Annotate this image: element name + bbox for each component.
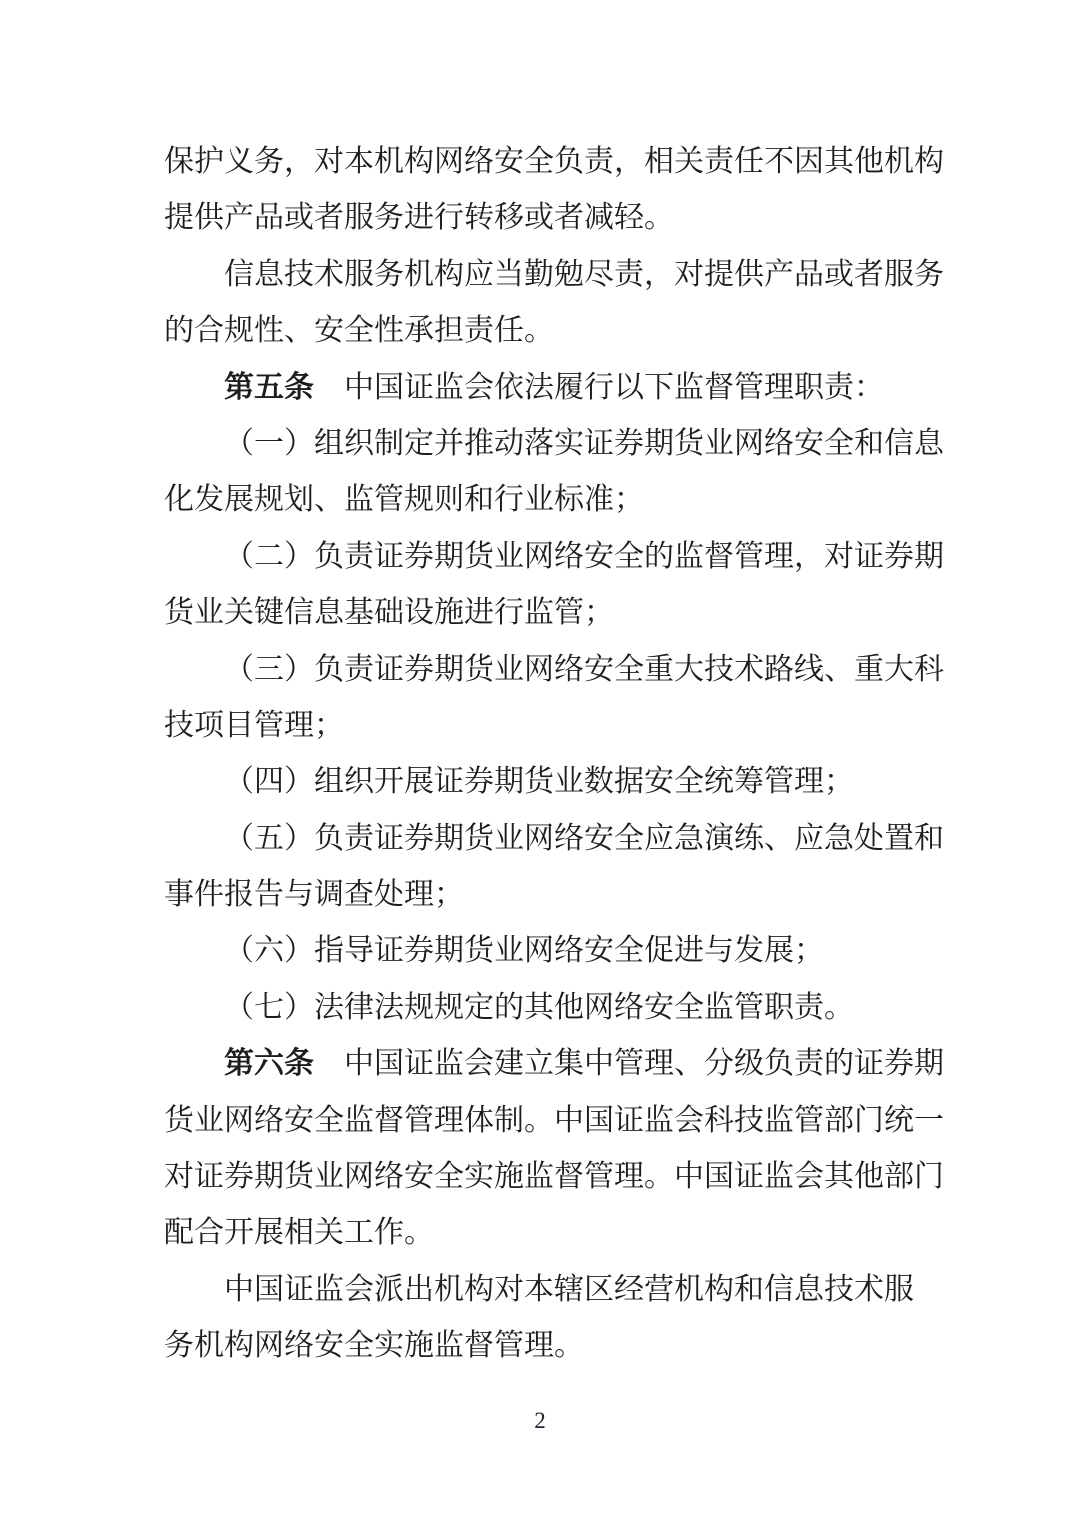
line-text: （三）负责证券期货业网络安全重大技术路线、重大科 — [224, 653, 944, 686]
document-page: 保护义务，对本机构网络安全负责，相关责任不因其他机构提供产品或者服务进行转移或者… — [0, 0, 1080, 1527]
document-line: （七）法律法规规定的其他网络安全监管职责。 — [164, 980, 948, 1036]
document-line: 中国证监会派出机构对本辖区经营机构和信息技术服 — [164, 1262, 948, 1318]
line-text: 中国证监会建立集中管理、分级负责的证券期 — [314, 1047, 944, 1080]
document-line: （二）负责证券期货业网络安全的监督管理，对证券期 — [164, 529, 948, 585]
document-line: 提供产品或者服务进行转移或者减轻。 — [164, 190, 948, 246]
document-line: （六）指导证券期货业网络安全促进与发展； — [164, 923, 948, 979]
line-text: 中国证监会派出机构对本辖区经营机构和信息技术服 — [224, 1273, 914, 1306]
document-line: 化发展规划、监管规则和行业标准； — [164, 472, 948, 528]
document-line: 技项目管理； — [164, 698, 948, 754]
document-line: （一）组织制定并推动落实证券期货业网络安全和信息 — [164, 416, 948, 472]
line-text: 技项目管理； — [164, 709, 344, 742]
document-line: （三）负责证券期货业网络安全重大技术路线、重大科 — [164, 642, 948, 698]
document-line: 第五条 中国证监会依法履行以下监督管理职责： — [164, 360, 948, 416]
document-line: 务机构网络安全实施监督管理。 — [164, 1318, 948, 1374]
document-line: （四）组织开展证券期货业数据安全统筹管理； — [164, 754, 948, 810]
line-text: 保护义务，对本机构网络安全负责，相关责任不因其他机构 — [164, 145, 944, 178]
document-body: 保护义务，对本机构网络安全负责，相关责任不因其他机构提供产品或者服务进行转移或者… — [164, 134, 948, 1375]
line-text: 对证券期货业网络安全实施监督管理。中国证监会其他部门 — [164, 1160, 944, 1193]
line-text: 配合开展相关工作。 — [164, 1216, 434, 1249]
line-text: （五）负责证券期货业网络安全应急演练、应急处置和 — [224, 822, 944, 855]
document-line: 保护义务，对本机构网络安全负责，相关责任不因其他机构 — [164, 134, 948, 190]
article-number-label: 第六条 — [224, 1047, 314, 1080]
document-line: 货业关键信息基础设施进行监管； — [164, 585, 948, 641]
line-text: （四）组织开展证券期货业数据安全统筹管理； — [224, 765, 854, 798]
line-text: 化发展规划、监管规则和行业标准； — [164, 483, 644, 516]
line-text: 中国证监会依法履行以下监督管理职责： — [314, 371, 884, 404]
document-line: 配合开展相关工作。 — [164, 1205, 948, 1261]
line-text: 务机构网络安全实施监督管理。 — [164, 1329, 584, 1362]
line-text: 事件报告与调查处理； — [164, 878, 464, 911]
line-text: 的合规性、安全性承担责任。 — [164, 314, 554, 347]
document-line: 事件报告与调查处理； — [164, 867, 948, 923]
line-text: （一）组织制定并推动落实证券期货业网络安全和信息 — [224, 427, 944, 460]
line-text: （二）负责证券期货业网络安全的监督管理，对证券期 — [224, 540, 944, 573]
line-text: 信息技术服务机构应当勤勉尽责，对提供产品或者服务 — [224, 258, 944, 291]
document-line: 的合规性、安全性承担责任。 — [164, 303, 948, 359]
line-text: 货业网络安全监督管理体制。中国证监会科技监管部门统一 — [164, 1104, 944, 1137]
line-text: （七）法律法规规定的其他网络安全监管职责。 — [224, 991, 854, 1024]
document-line: 对证券期货业网络安全实施监督管理。中国证监会其他部门 — [164, 1149, 948, 1205]
line-text: 货业关键信息基础设施进行监管； — [164, 596, 614, 629]
document-line: 信息技术服务机构应当勤勉尽责，对提供产品或者服务 — [164, 247, 948, 303]
document-line: 货业网络安全监督管理体制。中国证监会科技监管部门统一 — [164, 1093, 948, 1149]
line-text: （六）指导证券期货业网络安全促进与发展； — [224, 934, 824, 967]
document-line: 第六条 中国证监会建立集中管理、分级负责的证券期 — [164, 1036, 948, 1092]
page-number: 2 — [0, 1406, 1080, 1436]
document-line: （五）负责证券期货业网络安全应急演练、应急处置和 — [164, 811, 948, 867]
article-number-label: 第五条 — [224, 371, 314, 404]
line-text: 提供产品或者服务进行转移或者减轻。 — [164, 201, 674, 234]
